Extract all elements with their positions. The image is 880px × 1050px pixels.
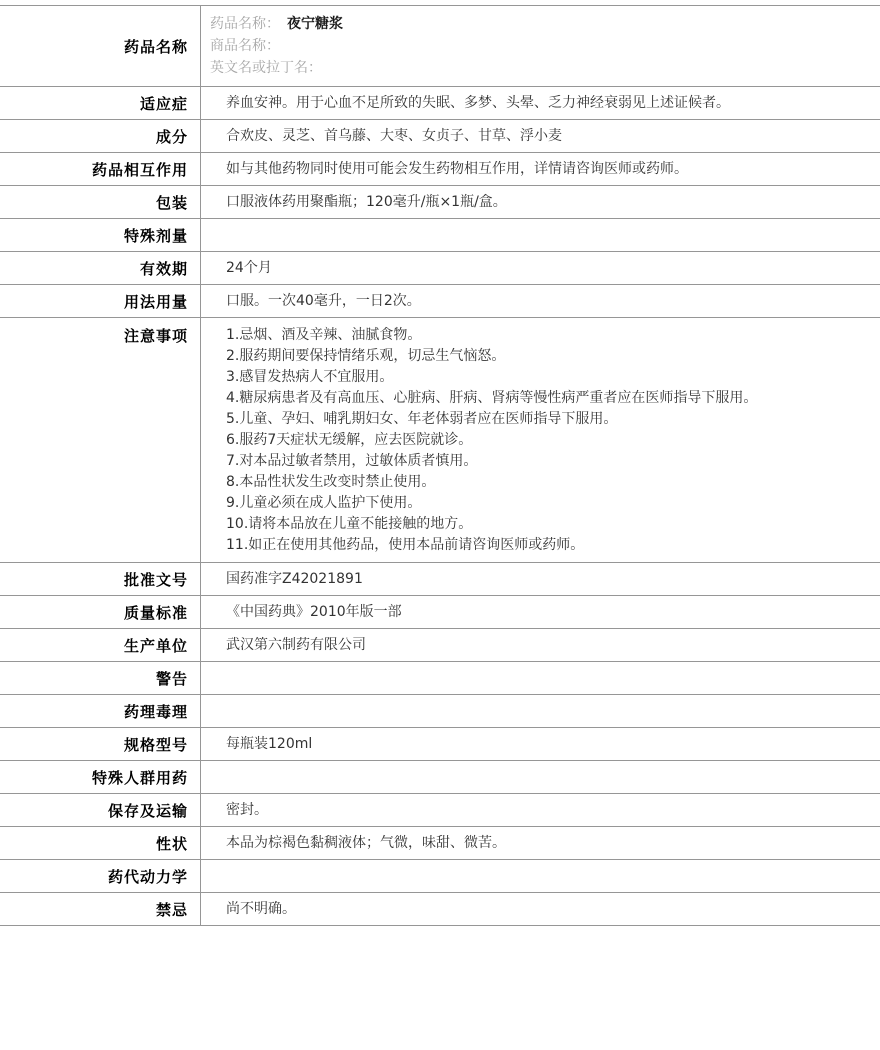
table-row-drug-name: 药品名称 药品名称：夜宁糖浆 商品名称： 英文名或拉丁名： bbox=[0, 6, 880, 87]
row-label: 批准文号 bbox=[0, 563, 200, 595]
row-value bbox=[200, 695, 880, 727]
row-value: 药品名称：夜宁糖浆 商品名称： 英文名或拉丁名： bbox=[200, 6, 880, 86]
precaution-item: 5.儿童、孕妇、哺乳期妇女、年老体弱者应在医师指导下服用。 bbox=[226, 409, 868, 430]
drug-info-table: 药品名称 药品名称：夜宁糖浆 商品名称： 英文名或拉丁名： 适应症 养血安神。用… bbox=[0, 5, 880, 926]
table-row-description: 性状 本品为棕褐色黏稠液体；气微，味甜、微苦。 bbox=[0, 827, 880, 860]
row-label: 药品名称 bbox=[0, 6, 200, 86]
row-label: 包装 bbox=[0, 186, 200, 218]
trade-name-key: 商品名称： bbox=[210, 38, 280, 54]
table-row-manufacturer: 生产单位 武汉第六制药有限公司 bbox=[0, 629, 880, 662]
row-value: 合欢皮、灵芝、首乌藤、大枣、女贞子、甘草、浮小麦 bbox=[200, 120, 880, 152]
table-row-approval-number: 批准文号 国药准字Z42021891 bbox=[0, 563, 880, 596]
row-label: 生产单位 bbox=[0, 629, 200, 661]
row-value: 本品为棕褐色黏稠液体；气微，味甜、微苦。 bbox=[200, 827, 880, 859]
drug-name-value: 夜宁糖浆 bbox=[287, 16, 343, 32]
row-value bbox=[200, 860, 880, 892]
row-label: 质量标准 bbox=[0, 596, 200, 628]
table-row-ingredients: 成分 合欢皮、灵芝、首乌藤、大枣、女贞子、甘草、浮小麦 bbox=[0, 120, 880, 153]
table-row-special-populations: 特殊人群用药 bbox=[0, 761, 880, 794]
precaution-item: 8.本品性状发生改变时禁止使用。 bbox=[226, 472, 868, 493]
row-value: 密封。 bbox=[200, 794, 880, 826]
row-value: 24个月 bbox=[200, 252, 880, 284]
precaution-item: 11.如正在使用其他药品，使用本品前请咨询医师或药师。 bbox=[226, 535, 868, 556]
row-label: 药代动力学 bbox=[0, 860, 200, 892]
precaution-item: 6.服药7天症状无缓解，应去医院就诊。 bbox=[226, 430, 868, 451]
row-value bbox=[200, 662, 880, 694]
row-value: 如与其他药物同时使用可能会发生药物相互作用，详情请咨询医师或药师。 bbox=[200, 153, 880, 185]
row-label: 警告 bbox=[0, 662, 200, 694]
table-row-special-dosage: 特殊剂量 bbox=[0, 219, 880, 252]
drug-name-field: 药品名称：夜宁糖浆 bbox=[210, 13, 868, 35]
row-label: 药理毒理 bbox=[0, 695, 200, 727]
row-value: 1.忌烟、酒及辛辣、油腻食物。 2.服药期间要保持情绪乐观，切忌生气恼怒。 3.… bbox=[200, 318, 880, 562]
precaution-item: 4.糖尿病患者及有高血压、心脏病、肝病、肾病等慢性病严重者应在医师指导下服用。 bbox=[226, 388, 868, 409]
row-label: 成分 bbox=[0, 120, 200, 152]
english-name-key: 英文名或拉丁名： bbox=[210, 60, 322, 76]
table-row-contraindications: 禁忌 尚不明确。 bbox=[0, 893, 880, 926]
row-label: 性状 bbox=[0, 827, 200, 859]
table-row-packaging: 包装 口服液体药用聚酯瓶；120毫升/瓶×1瓶/盒。 bbox=[0, 186, 880, 219]
row-value: 武汉第六制药有限公司 bbox=[200, 629, 880, 661]
table-row-specification: 规格型号 每瓶装120ml bbox=[0, 728, 880, 761]
row-value: 每瓶装120ml bbox=[200, 728, 880, 760]
drug-name-key: 药品名称： bbox=[210, 16, 280, 32]
row-label: 禁忌 bbox=[0, 893, 200, 925]
row-value: 口服液体药用聚酯瓶；120毫升/瓶×1瓶/盒。 bbox=[200, 186, 880, 218]
precaution-item: 7.对本品过敏者禁用，过敏体质者慎用。 bbox=[226, 451, 868, 472]
table-row-quality-standard: 质量标准 《中国药典》2010年版一部 bbox=[0, 596, 880, 629]
table-row-pharmacokinetics: 药代动力学 bbox=[0, 860, 880, 893]
row-label: 药品相互作用 bbox=[0, 153, 200, 185]
row-label: 特殊人群用药 bbox=[0, 761, 200, 793]
table-row-precautions: 注意事项 1.忌烟、酒及辛辣、油腻食物。 2.服药期间要保持情绪乐观，切忌生气恼… bbox=[0, 318, 880, 563]
precaution-item: 9.儿童必须在成人监护下使用。 bbox=[226, 493, 868, 514]
english-name-field: 英文名或拉丁名： bbox=[210, 57, 868, 79]
table-row-dosage: 用法用量 口服。一次40毫升，一日2次。 bbox=[0, 285, 880, 318]
row-value: 国药准字Z42021891 bbox=[200, 563, 880, 595]
table-row-warning: 警告 bbox=[0, 662, 880, 695]
row-label: 用法用量 bbox=[0, 285, 200, 317]
precaution-item: 10.请将本品放在儿童不能接触的地方。 bbox=[226, 514, 868, 535]
row-label: 适应症 bbox=[0, 87, 200, 119]
table-row-storage-transport: 保存及运输 密封。 bbox=[0, 794, 880, 827]
precaution-item: 3.感冒发热病人不宜服用。 bbox=[226, 367, 868, 388]
row-label: 特殊剂量 bbox=[0, 219, 200, 251]
row-value bbox=[200, 219, 880, 251]
table-row-interactions: 药品相互作用 如与其他药物同时使用可能会发生药物相互作用，详情请咨询医师或药师。 bbox=[0, 153, 880, 186]
row-value: 口服。一次40毫升，一日2次。 bbox=[200, 285, 880, 317]
row-value: 《中国药典》2010年版一部 bbox=[200, 596, 880, 628]
precaution-item: 1.忌烟、酒及辛辣、油腻食物。 bbox=[226, 325, 868, 346]
trade-name-field: 商品名称： bbox=[210, 35, 868, 57]
row-value: 养血安神。用于心血不足所致的失眠、多梦、头晕、乏力神经衰弱见上述证候者。 bbox=[200, 87, 880, 119]
table-row-indications: 适应症 养血安神。用于心血不足所致的失眠、多梦、头晕、乏力神经衰弱见上述证候者。 bbox=[0, 87, 880, 120]
row-label: 注意事项 bbox=[0, 318, 200, 562]
table-row-pharmacology-toxicology: 药理毒理 bbox=[0, 695, 880, 728]
row-value bbox=[200, 761, 880, 793]
row-value: 尚不明确。 bbox=[200, 893, 880, 925]
row-label: 保存及运输 bbox=[0, 794, 200, 826]
precaution-item: 2.服药期间要保持情绪乐观，切忌生气恼怒。 bbox=[226, 346, 868, 367]
table-row-shelf-life: 有效期 24个月 bbox=[0, 252, 880, 285]
row-label: 有效期 bbox=[0, 252, 200, 284]
row-label: 规格型号 bbox=[0, 728, 200, 760]
